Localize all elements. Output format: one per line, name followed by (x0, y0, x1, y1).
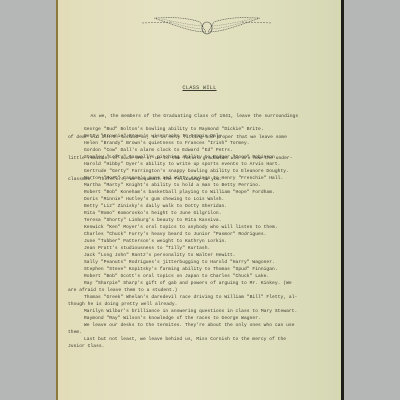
intro-line: As we, the members of the Graduating Cla… (68, 113, 338, 120)
bequest-line: Stanley "Lefty" Caswell's pitching abili… (68, 154, 338, 161)
bequest-line: Jean Pratt's studiousness to "Tilly" Kur… (68, 245, 338, 252)
bequest-line: Betty "Brownie" Brown's wisecracks to Co… (68, 133, 338, 140)
bequest-line: though he is doing pretty well already. (68, 301, 338, 308)
bequest-line: Robert "Bob" Koneham's basketball playin… (68, 189, 338, 196)
bequest-line: are afraid to leave them to a student.) (68, 287, 338, 294)
bequest-line: Morton "Mort" Gannon's puns and witty sa… (68, 175, 338, 182)
bequest-line: Raymond "Ray" Wilson's knowledge of the … (68, 315, 338, 322)
bequest-line: Robert "Bob" Scott's oral topics on Japa… (68, 273, 338, 280)
bequest-line: them. (68, 329, 338, 336)
bequest-line: George "Bud" Bolton's bowling ability to… (68, 126, 338, 133)
bequest-line: We leave our desks to the termites. They… (68, 322, 338, 329)
winged-emblem-icon (142, 6, 272, 38)
bequest-line: June "Tubber" Patterson's weight to Kath… (68, 238, 338, 245)
bequest-line: Stephen "Steve" Kopitsky's farming abili… (68, 266, 338, 273)
bequest-line: Teresa "Shorty" Linburg's beauty to Rita… (68, 217, 338, 224)
bequest-line: Gertrude "Gerty" Farrington's snappy bow… (68, 168, 338, 175)
bequest-list: George "Bud" Bolton's bowling ability to… (68, 126, 338, 350)
bequest-line: Rita "Romo" Komorosko's height to June G… (68, 210, 338, 217)
bequest-line: Harold "Hibby" Dyer's ability to write u… (68, 161, 338, 168)
bequest-line: Last but not least, we leave behind us, … (68, 336, 338, 343)
document-page: CLASS WILL As we, the members of the Gra… (56, 0, 344, 400)
bequest-line: Martha "Marty" Knight's ability to hold … (68, 182, 338, 189)
bequest-line: Doris "Minnie" Hutley's gum chewing to L… (68, 196, 338, 203)
bequest-line: Junior Class. (68, 343, 338, 350)
bequest-line: Marilyn Wilbur's brilliance in answering… (68, 308, 338, 315)
document-title: CLASS WILL (58, 85, 341, 91)
bequest-line: Jack "Long John" Rantz's personality to … (68, 252, 338, 259)
bequest-line: Charles "Chuck" Furry's heavy beard to J… (68, 231, 338, 238)
bequest-line: Ray "Sharpie" Sharp's gift of gab and po… (68, 280, 338, 287)
bequest-line: Thomas "Greek" Whelan's daredevil race d… (68, 294, 338, 301)
bequest-line: Helen "Brandy" Brown's quietness to Fran… (68, 140, 338, 147)
bequest-line: Kenwick "Ken" Moyer's oral topics to any… (68, 224, 338, 231)
bequest-line: Sally "Peanuts" Rodrigues's jitterbuggin… (68, 259, 338, 266)
bequest-line: Gordon "Cow" Dall's alarm clock to Edwar… (68, 147, 338, 154)
bequest-line: Betty "Liz" Zinisky's daily walk to Dott… (68, 203, 338, 210)
